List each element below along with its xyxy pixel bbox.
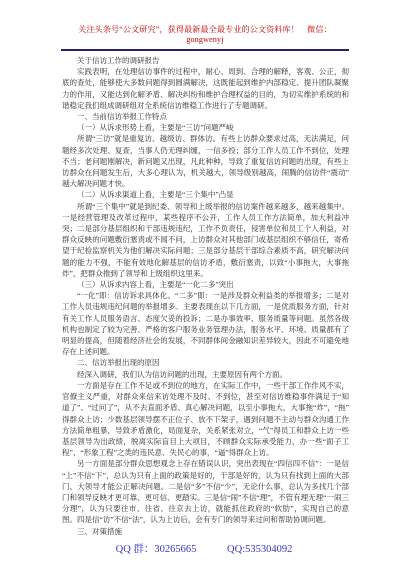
paragraph: 一方面是存在工作不足或不到位的地方，在实际工作中，一些干部工作作风不实，官僚主义… bbox=[62, 380, 349, 458]
section-heading-1: 一、当前信访举报工作特点 bbox=[62, 111, 349, 122]
qq-group-text: QQ 群：30265665 bbox=[116, 544, 197, 555]
paragraph: 所谓“三个集中”就是到纪委、领导和上级举报的信访案件越来越多，越来越集中。一是经… bbox=[62, 201, 349, 279]
subsection-heading-1-2: （二）从诉求渠道上看，主要是“三个集中”凸显 bbox=[62, 189, 349, 200]
qq-number-text: QQ:535304092 bbox=[227, 544, 292, 555]
footer-banner: QQ 群：30265665 QQ:535304092 bbox=[0, 543, 408, 557]
banner-text: 关注头条号“公文研究”，获得最新最全最专业的公文资料库！ 微信：gongweny… bbox=[78, 25, 332, 44]
section-heading-3: 三、对策措施 bbox=[62, 526, 349, 537]
paragraph: 所谓“三访”就是重复访、越级访、群体访。有些上访群众要求过高，无法满足，问题经多… bbox=[62, 133, 349, 189]
section-heading-2: 二、信访举报出现的原因 bbox=[62, 357, 349, 368]
paragraph: 经深入调研，我们认为信访问题的出现，主要原因有两个方面。 bbox=[62, 369, 349, 380]
paragraph: 另一方面是部分群众思想观念上存在错误认识，突出表现在“四信四不信”：一是信“上”… bbox=[62, 458, 349, 525]
paragraph: “一化”即：信访诉求具体化。“二多”即：一是涉及群众利益类的举报增多；二是对工作… bbox=[62, 290, 349, 357]
document-body: 关于信访工作的调研报告 实践表明，在处理信访事件的过程中，耐心、周到、合理的解释… bbox=[62, 55, 349, 537]
document-page: 关注头条号“公文研究”，获得最新最全最专业的公文资料库！ 微信：gongweny… bbox=[0, 0, 408, 580]
document-title: 关于信访工作的调研报告 bbox=[62, 55, 349, 66]
subsection-heading-1-1: （一）从诉求形势上看，主要是“三访”问题严峻 bbox=[62, 122, 349, 133]
paragraph: 实践表明，在处理信访事件的过程中，耐心、周到、合理的解释，客观、公正，彻底的查处… bbox=[62, 66, 349, 111]
subsection-heading-1-3: （三）从诉求内容上看，主要是“一化二多”突出 bbox=[62, 279, 349, 290]
header-banner: 关注头条号“公文研究”，获得最新最全最专业的公文资料库！ 微信：gongweny… bbox=[61, 25, 349, 51]
